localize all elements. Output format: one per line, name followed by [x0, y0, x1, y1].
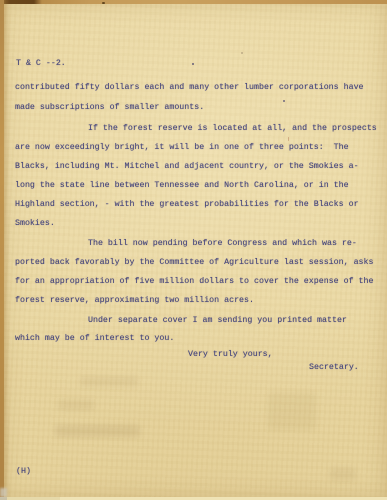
typed-line paragraph-start: The bill now pending before Congress and…	[88, 239, 357, 248]
typed-line: Smokies.	[15, 219, 55, 228]
typed-line paragraph-start: If the forest reserve is located at all,…	[88, 124, 377, 133]
ghost-smudge	[330, 468, 356, 480]
letter-page-scan: T & C --2. contributed fifty dollars eac…	[0, 0, 387, 500]
typed-line: Blacks, including Mt. Mitchel and adjace…	[15, 162, 359, 171]
typed-line: are now exceedingly bright, it will be i…	[15, 143, 349, 152]
typed-line: ported back favorably by the Committee o…	[15, 258, 373, 267]
ghost-smudge	[55, 425, 140, 437]
typed-line: long the state line between Tennessee an…	[15, 181, 349, 190]
ink-speck	[283, 100, 285, 102]
typist-initials: (H)	[16, 467, 31, 476]
bottom-left-corner-mark	[0, 488, 7, 497]
typed-line: made subscriptions of smaller amounts.	[15, 103, 204, 112]
typed-line: forest reserve, approximating two millio…	[15, 296, 254, 305]
ink-speck	[288, 137, 289, 141]
page-top-edge	[0, 0, 387, 4]
closing-valediction: Very truly yours,	[188, 350, 273, 359]
ghost-smudge	[58, 400, 94, 410]
typed-line: Highland section, - with the greatest pr…	[15, 200, 359, 209]
signature-title: Secretary.	[309, 363, 359, 372]
typed-line: contributed fifty dollars each and many …	[15, 83, 364, 92]
ink-speck	[102, 2, 105, 4]
ghost-smudge	[80, 377, 138, 386]
page-number-header: T & C --2.	[16, 59, 66, 68]
page-left-edge-shade	[4, 0, 10, 500]
ghost-smudge	[268, 392, 316, 430]
typed-line: for an appropriation of five million dol…	[15, 277, 373, 286]
typed-line: which may be of interest to you.	[15, 334, 174, 343]
ink-speck	[192, 63, 194, 65]
typed-line paragraph-start: Under separate cover I am sending you pr…	[88, 316, 347, 325]
ink-speck	[241, 52, 243, 54]
